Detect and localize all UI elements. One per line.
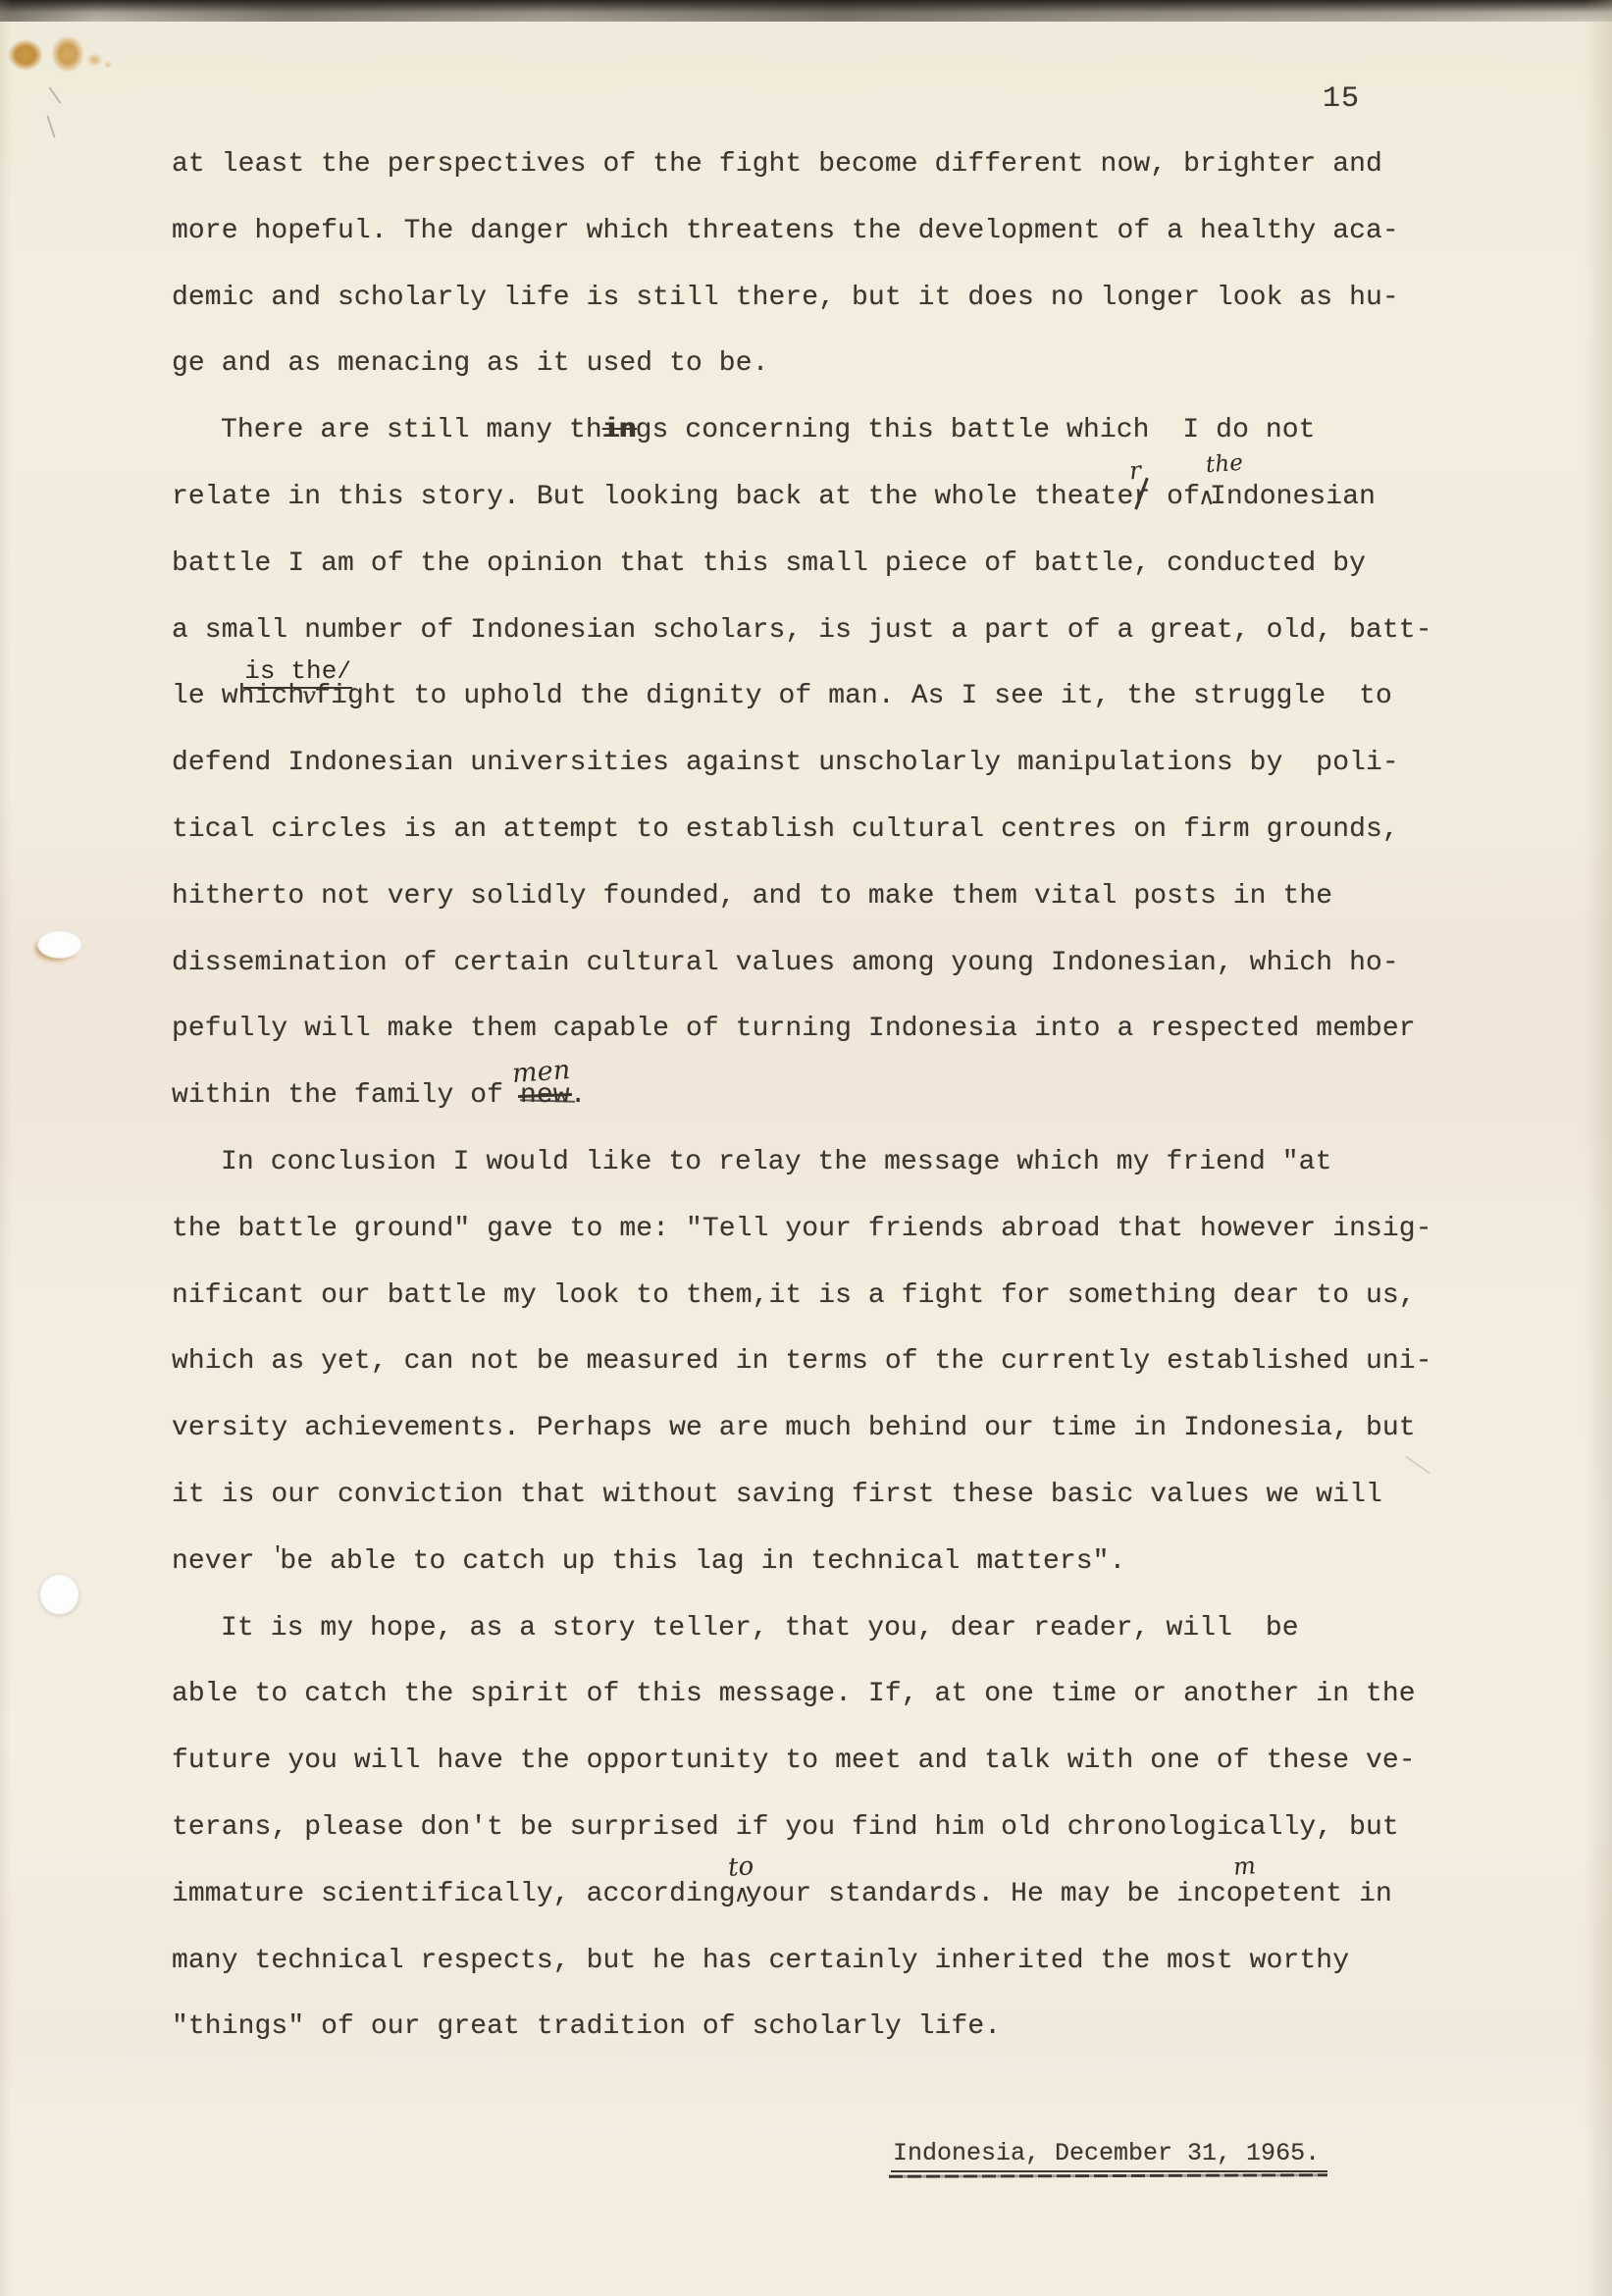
text-line: tical circles is an attempt to establish… — [172, 814, 1399, 845]
text-line: le whichvis thefight to uphold the digni… — [172, 681, 1392, 711]
text-line: hitherto not very solidly founded, and t… — [172, 881, 1332, 912]
handwritten-annotation: r — [1128, 456, 1142, 486]
date-line: Indonesia, December 31, 1965. — [891, 2139, 1327, 2172]
text-line: which as yet, can not be measured in ter… — [172, 1346, 1432, 1377]
insertion-caret-icon: ∧ — [734, 1880, 748, 1907]
text-line: it is our conviction that without saving… — [172, 1480, 1382, 1510]
text-line: more hopeful. The danger which threatens… — [172, 216, 1399, 246]
text-line: demic and scholarly life is still there,… — [172, 283, 1399, 313]
text-line: ge and as menacing as it used to be. — [172, 348, 769, 379]
page-number: 15 — [1323, 82, 1360, 116]
text-line: terans, please don't be surprised if you… — [172, 1812, 1399, 1843]
date-text: Indonesia, December 31, 1965. — [891, 2139, 1327, 2172]
coffee-stain — [51, 35, 84, 73]
corrected-text: new — [520, 1080, 570, 1111]
text-line: at least the perspectives of the fight b… — [172, 149, 1382, 180]
text-line: dissemination of certain cultural values… — [172, 948, 1399, 978]
handwritten-annotation: the — [1205, 450, 1244, 479]
correction-anchor: vis the — [304, 681, 314, 711]
text-line: defend Indonesian universities against u… — [172, 748, 1399, 778]
text-line: There are still many things concerning t… — [172, 415, 1316, 445]
correction-anchor: rr — [1133, 482, 1150, 512]
text-line: It is my hope, as a story teller, that y… — [172, 1613, 1299, 1644]
typed-text-fragment: in — [602, 415, 636, 445]
typed-insertion: is the — [243, 656, 352, 689]
coffee-stain — [104, 61, 112, 69]
text-line: many technical respects, but he has cert… — [172, 1946, 1349, 1976]
text-line: the battle ground" gave to me: "Tell you… — [172, 1214, 1432, 1244]
text-line: versity achievements. Perhaps we are muc… — [172, 1413, 1416, 1443]
paper-edge-shade — [1585, 0, 1612, 2296]
text-line: In conclusion I would like to relay the … — [172, 1147, 1331, 1177]
insertion-caret-icon: ∧ — [1198, 483, 1212, 510]
text-line: within the family of mennew. — [172, 1080, 587, 1111]
pencil-mark — [1405, 1456, 1430, 1475]
correction-anchor: ∧to — [736, 1879, 746, 1909]
text-line: pefully will make them capable of turnin… — [172, 1014, 1416, 1044]
coffee-stain — [86, 53, 103, 67]
text-line: future you will have the opportunity to … — [172, 1746, 1416, 1776]
text-line: battle I am of the opinion that this sma… — [172, 548, 1366, 579]
text-line: relate in this story. But looking back a… — [172, 482, 1376, 512]
correction-anchor: mennew — [520, 1080, 570, 1111]
text-line: immature scientifically, according∧toyou… — [172, 1879, 1392, 1909]
paper-edge-shade — [0, 0, 12, 2296]
punch-hole — [39, 1574, 79, 1615]
paper-tint — [0, 1815, 1612, 2149]
text-line: able to catch the spirit of this message… — [172, 1679, 1416, 1709]
typed-text-fragment: ' — [271, 1543, 280, 1568]
pencil-mark — [46, 115, 55, 137]
text-line: nificant our battle my look to them,it i… — [172, 1280, 1416, 1311]
handwritten-annotation: m — [1232, 1852, 1257, 1881]
punch-hole — [37, 930, 82, 959]
handwritten-annotation: to — [727, 1852, 754, 1883]
text-line: a small number of Indonesian scholars, i… — [172, 615, 1432, 646]
text-line: never 'be able to catch up this lag in t… — [172, 1546, 1125, 1577]
correction-anchor: ∧the — [1200, 482, 1210, 512]
coffee-stain — [8, 39, 43, 71]
text-line: "things" of our great tradition of schol… — [172, 2011, 1001, 2042]
corrected-text: r — [1133, 482, 1150, 512]
pencil-mark — [48, 86, 61, 104]
page-top-edge-shadow — [0, 0, 1612, 22]
document-page: 15 at least the perspectives of the figh… — [0, 0, 1612, 2296]
